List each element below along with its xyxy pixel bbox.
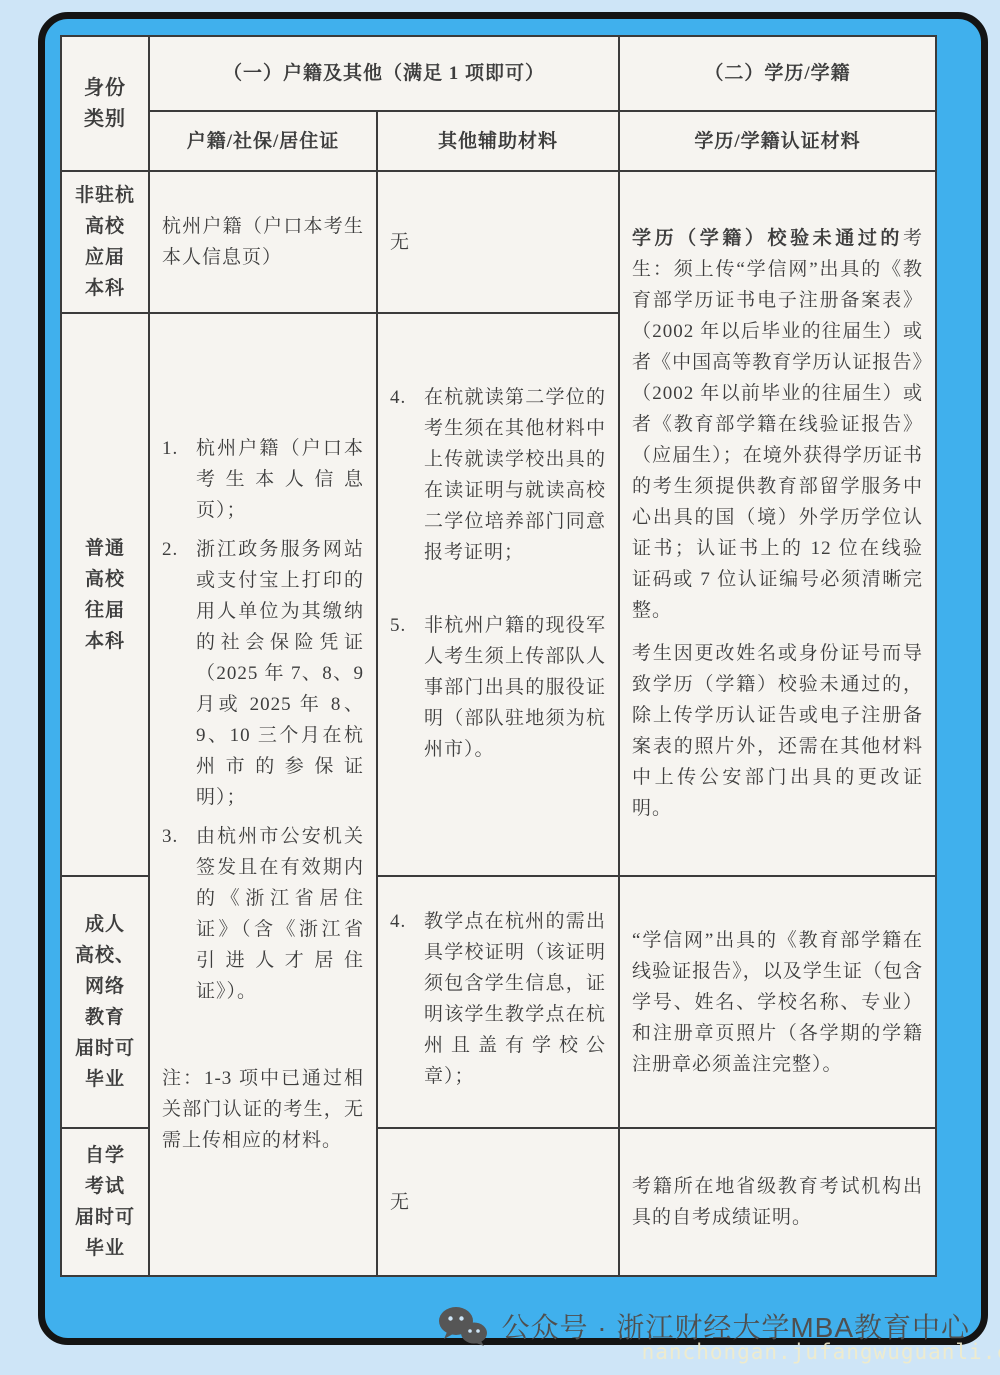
header-col-other: 其他辅助材料 [377, 111, 619, 171]
row-label-adult-network: 成人 高校、 网络 教育 届时可 毕业 [61, 876, 149, 1128]
cell-r2-other: 4. 在杭就读第二学位的考生须在其他材料中上传就读学校出具的在读证明与就读高校二… [377, 313, 619, 876]
edu-paragraph-1-text: 考生：须上传“学信网”出具的《教育部学历证书电子注册备案表》（2002 年以后毕… [632, 228, 923, 621]
hukou-note: 注：1-3 项中已通过相关部门认证的考生，无需上传相应的材料。 [162, 1063, 364, 1156]
header-group-edu: （二）学历/学籍 [619, 36, 936, 111]
cell-r3-edu: “学信网”出具的《教育部学籍在线验证报告》，以及学生证（包含学号、姓名、学校名称… [619, 876, 936, 1128]
row-label-ordinary-previous: 普通 高校 往届 本科 [61, 313, 149, 876]
edu-paragraph-2: 考生因更改姓名或身份证号而导致学历（学籍）校验未通过的，除上传学历认证告或电子注… [632, 638, 923, 824]
other-item-5-number: 5. [390, 610, 424, 765]
other-list-item: 4. 教学点在杭州的需出具学校证明（该证明须包含学生信息，证明该学生教学点在杭州… [390, 906, 606, 1092]
edu-paragraph-1: 学历（学籍）校验未通过的考生：须上传“学信网”出具的《教育部学历证书电子注册备案… [632, 223, 923, 626]
header-row-groups: 身份 类别 （一）户籍及其他（满足 1 项即可） （二）学历/学籍 [61, 36, 936, 111]
header-identity-category: 身份 类别 [61, 36, 149, 171]
hukou-item-1-text: 杭州户籍（户口本考生本人信息页）； [196, 433, 364, 526]
materials-table: 身份 类别 （一）户籍及其他（满足 1 项即可） （二）学历/学籍 户籍/社保/… [60, 35, 937, 1277]
hukou-list-item: 2. 浙江政务服务网站或支付宝上打印的用人单位为其缴纳的社会保险凭证（2025 … [162, 534, 364, 813]
watermark-text: nanchongan.jufangwuguanli.c [642, 1340, 1000, 1364]
edu-bold-lead: 学历（学籍）校验未通过的 [632, 228, 903, 249]
r3-item-4-text: 教学点在杭州的需出具学校证明（该证明须包含学生信息，证明该学生教学点在杭州且盖有… [424, 906, 606, 1092]
cell-r4-other: 无 [377, 1128, 619, 1276]
cell-r1-hukou: 杭州户籍（户口本考生本人信息页） [149, 171, 377, 313]
row-label-self-study: 自学 考试 届时可 毕业 [61, 1128, 149, 1276]
wechat-icon [437, 1305, 489, 1347]
table-frame: 身份 类别 （一）户籍及其他（满足 1 项即可） （二）学历/学籍 户籍/社保/… [38, 12, 988, 1345]
other-list-item: 5. 非杭州户籍的现役军人考生须上传部队人事部门出具的服役证明（部队驻地须为杭州… [390, 610, 606, 765]
cell-r3-other: 4. 教学点在杭州的需出具学校证明（该证明须包含学生信息，证明该学生教学点在杭州… [377, 876, 619, 1128]
hukou-list-item: 3. 由杭州市公安机关签发且在有效期内的《浙江省居住证》（含《浙江省引进人才居住… [162, 821, 364, 1007]
other-item-4-text: 在杭就读第二学位的考生须在其他材料中上传就读学校出具的在读证明与就读高校二学位培… [424, 382, 606, 568]
r3-item-4-number: 4. [390, 906, 424, 1092]
header-row-columns: 户籍/社保/居住证 其他辅助材料 学历/学籍认证材料 [61, 111, 936, 171]
hukou-item-1-number: 1. [162, 433, 196, 526]
hukou-item-3-number: 3. [162, 821, 196, 1007]
hukou-item-3-text: 由杭州市公安机关签发且在有效期内的《浙江省居住证》（含《浙江省引进人才居住证》）… [196, 821, 364, 1007]
cell-r1-other: 无 [377, 171, 619, 313]
other-item-4-number: 4. [390, 382, 424, 568]
row-label-nonresident-fresh: 非驻杭 高校 应届 本科 [61, 171, 149, 313]
header-col-edu: 学历/学籍认证材料 [619, 111, 936, 171]
hukou-list-item: 1. 杭州户籍（户口本考生本人信息页）； [162, 433, 364, 526]
header-group-hukou: （一）户籍及其他（满足 1 项即可） [149, 36, 619, 111]
table-row-nonresident-fresh: 非驻杭 高校 应届 本科 杭州户籍（户口本考生本人信息页） 无 学历（学籍）校验… [61, 171, 936, 313]
hukou-item-2-number: 2. [162, 534, 196, 813]
header-col-hukou: 户籍/社保/居住证 [149, 111, 377, 171]
cell-edu-merged: 学历（学籍）校验未通过的考生：须上传“学信网”出具的《教育部学历证书电子注册备案… [619, 171, 936, 876]
hukou-item-2-text: 浙江政务服务网站或支付宝上打印的用人单位为其缴纳的社会保险凭证（2025 年 7… [196, 534, 364, 813]
other-list-item: 4. 在杭就读第二学位的考生须在其他材料中上传就读学校出具的在读证明与就读高校二… [390, 382, 606, 568]
cell-r4-edu: 考籍所在地省级教育考试机构出具的自考成绩证明。 [619, 1128, 936, 1276]
other-item-5-text: 非杭州户籍的现役军人考生须上传部队人事部门出具的服役证明（部队驻地须为杭州市）。 [424, 610, 606, 765]
cell-hukou-merged: 1. 杭州户籍（户口本考生本人信息页）； 2. 浙江政务服务网站或支付宝上打印的… [149, 313, 377, 1276]
